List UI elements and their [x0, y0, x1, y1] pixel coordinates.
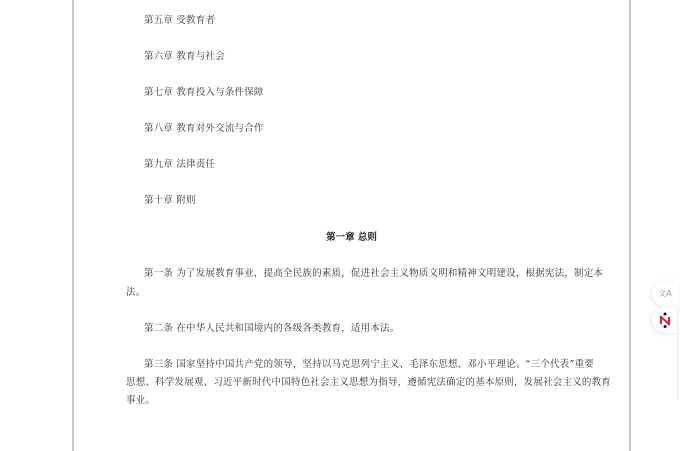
- ai-network-icon: [658, 312, 672, 328]
- chapter-heading: 第一章 总则: [74, 229, 629, 243]
- toc-item-chapter-6[interactable]: 第六章 教育与社会: [144, 48, 225, 62]
- ai-assistant-button[interactable]: [652, 307, 678, 333]
- article-3-line-2: 思想、科学发展观、习近平新时代中国特色社会主义思想为指导，遵循宪法确定的基本原则…: [126, 374, 611, 388]
- toc-item-chapter-7[interactable]: 第七章 教育投入与条件保障: [144, 84, 264, 98]
- document-page: 第五章 受教育者 第六章 教育与社会 第七章 教育投入与条件保障 第八章 教育对…: [72, 0, 631, 451]
- toc-item-chapter-8[interactable]: 第八章 教育对外交流与合作: [144, 120, 264, 134]
- article-2-line-1: 第二条 在中华人民共和国境内的各级各类教育，适用本法。: [144, 320, 399, 334]
- document-viewport: 第五章 受教育者 第六章 教育与社会 第七章 教育投入与条件保障 第八章 教育对…: [0, 0, 700, 451]
- translate-icon: 文A: [658, 290, 671, 298]
- article-3-line-3: 事业。: [126, 392, 155, 406]
- article-1-line-2: 法。: [126, 284, 145, 298]
- translate-button[interactable]: 文A: [652, 281, 678, 307]
- toc-item-chapter-10[interactable]: 第十章 附则: [144, 192, 196, 206]
- toc-item-chapter-9[interactable]: 第九章 法律责任: [144, 156, 215, 170]
- toc-item-chapter-5[interactable]: 第五章 受教育者: [144, 12, 215, 26]
- sidebar-edge: [677, 308, 679, 400]
- article-1-line-1: 第一条 为了发展教育事业，提高全民族的素质，促进社会主义物质文明和精神文明建设，…: [144, 265, 603, 279]
- article-3-line-1: 第三条 国家坚持中国共产党的领导，坚持以马克思列宁主义、毛泽东思想、邓小平理论、…: [144, 356, 594, 370]
